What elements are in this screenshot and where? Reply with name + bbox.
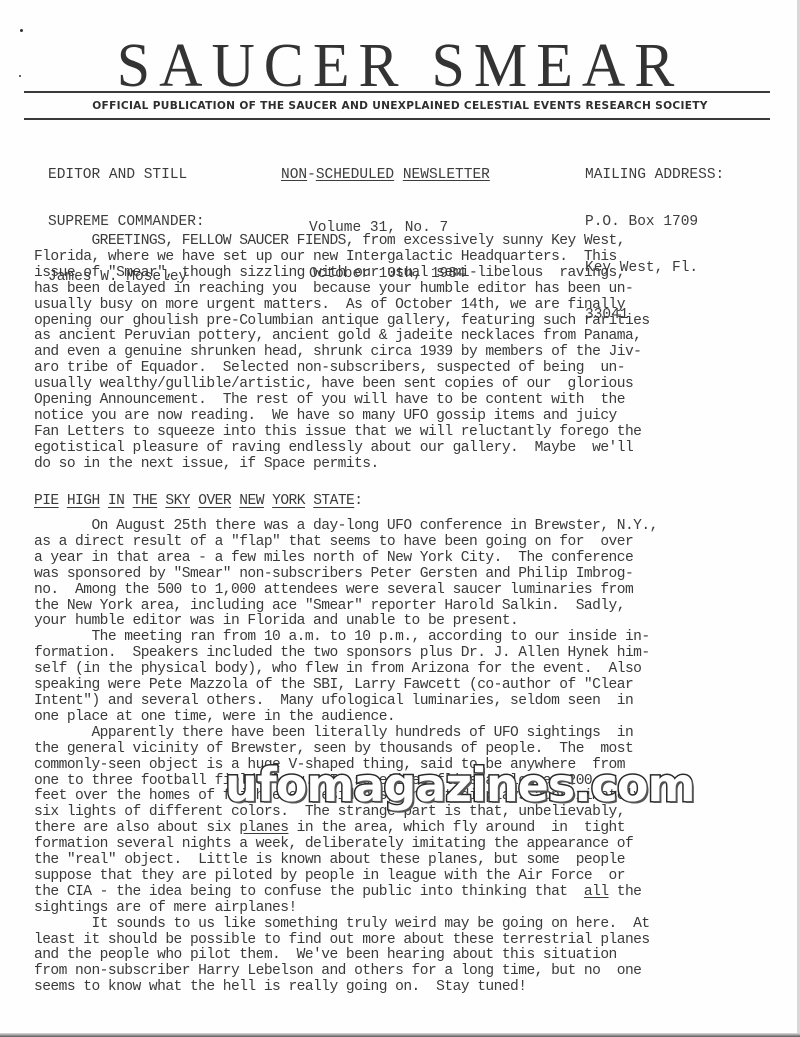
text-line: the CIA - the idea being to confuse the …: [34, 885, 774, 901]
headline-word: IN: [108, 493, 124, 509]
text-line: the New York area, including ace "Smear"…: [34, 599, 774, 615]
text-line: seems to know what the hell is really go…: [34, 980, 774, 996]
text-line: Opening Announcement. The rest of you wi…: [34, 393, 774, 409]
emphasized-word: all: [584, 884, 609, 900]
emphasized-word: planes: [239, 820, 288, 836]
newsletter-page: SAUCER SMEAR OFFICIAL PUBLICATION OF THE…: [0, 0, 800, 1037]
text-line: opening our ghoulish pre-Columbian antiq…: [34, 314, 774, 330]
text-line: the general vicinity of Brewster, seen b…: [34, 742, 774, 758]
text-line: from non-subscriber Harry Lebelson and o…: [34, 964, 774, 980]
text-line: Florida, where we have set up our new In…: [34, 250, 774, 266]
masthead-tagline: OFFICIAL PUBLICATION OF THE SAUCER AND U…: [0, 100, 800, 112]
text-line: It sounds to us like something truly wei…: [34, 917, 774, 933]
text-line: as a direct result of a "flap" that seem…: [34, 535, 774, 551]
text-line: issue of "Smear", though sizzling with o…: [34, 266, 774, 282]
headline-word: OVER: [198, 493, 231, 509]
watermark-logo: ufomagazines.com: [225, 760, 694, 810]
text-line: Intent") and several others. Many ufolog…: [34, 694, 774, 710]
text-line: least it should be possible to find out …: [34, 933, 774, 949]
text-line: your humble editor was in Florida and un…: [34, 614, 774, 630]
text-line: notice you are now reading. We have so m…: [34, 409, 774, 425]
text-line: suppose that they are piloted by people …: [34, 869, 774, 885]
text-line: a year in that area - a few miles north …: [34, 551, 774, 567]
text-line: formation. Speakers included the two spo…: [34, 646, 774, 662]
page-bottom-shadow: [0, 1033, 800, 1037]
editor-label-line1: EDITOR AND STILL: [48, 168, 205, 184]
headline-word: STATE: [313, 493, 354, 509]
text-line: as ancient Peruvian pottery, ancient gol…: [34, 329, 774, 345]
text-line: Fan Letters to squeeze into this issue t…: [34, 425, 774, 441]
text-line: has been delayed in reaching you because…: [34, 282, 774, 298]
text-line: Apparently there have been literally hun…: [34, 726, 774, 742]
newsletter-type-word: NEWSLETTER: [403, 167, 490, 183]
newsletter-type-word: SCHEDULED: [316, 167, 394, 183]
intro-paragraph: GREETINGS, FELLOW SAUCER FIENDS, from ex…: [34, 234, 774, 473]
text-line: speaking were Pete Mazzola of the SBI, L…: [34, 678, 774, 694]
newsletter-type: NON-SCHEDULED NEWSLETTER: [281, 168, 490, 184]
mailing-address-label: MAILING ADDRESS:: [585, 168, 724, 184]
text-line: there are also about six planes in the a…: [34, 821, 774, 837]
text-line: do so in the next issue, if Space permit…: [34, 457, 774, 473]
editor-label-line2: SUPREME COMMANDER:: [48, 215, 205, 231]
article-headline: PIE HIGH IN THE SKY OVER NEW YORK STATE:: [34, 493, 362, 509]
text-line: self (in the physical body), who flew in…: [34, 662, 774, 678]
headline-word: SKY: [165, 493, 190, 509]
masthead-rule-top: [24, 91, 770, 93]
headline-word: NEW: [239, 493, 264, 509]
newsletter-type-word: NON: [281, 167, 307, 183]
text-line: and even a genuine shrunken head, shrunk…: [34, 345, 774, 361]
masthead-rule-bottom: [24, 118, 770, 120]
headline-word: YORK: [272, 493, 305, 509]
text-line: On August 25th there was a day-long UFO …: [34, 519, 774, 535]
headline-word: THE: [133, 493, 158, 509]
headline-word: PIE: [34, 493, 59, 509]
text-line: GREETINGS, FELLOW SAUCER FIENDS, from ex…: [34, 234, 774, 250]
text-line: usually wealthy/gullible/artistic, have …: [34, 377, 774, 393]
text-line: The meeting ran from 10 a.m. to 10 p.m.,…: [34, 630, 774, 646]
headline-word: HIGH: [67, 493, 100, 509]
text-line: egotistical pleasure of raving endlessly…: [34, 441, 774, 457]
text-line: aro tribe of Equador. Selected non-subsc…: [34, 361, 774, 377]
text-line: sightings are of mere airplanes!: [34, 901, 774, 917]
text-line: no. Among the 500 to 1,000 attendees wer…: [34, 583, 774, 599]
text-line: and the people who pilot them. We've bee…: [34, 948, 774, 964]
text-line: the "real" object. Little is known about…: [34, 853, 774, 869]
text-line: usually busy on more urgent matters. As …: [34, 298, 774, 314]
text-line: formation several nights a week, deliber…: [34, 837, 774, 853]
text-line: was sponsored by "Smear" non-subscribers…: [34, 567, 774, 583]
text-line: one place at one time, were in the audie…: [34, 710, 774, 726]
mailing-address-line1: P.O. Box 1709: [585, 215, 724, 231]
